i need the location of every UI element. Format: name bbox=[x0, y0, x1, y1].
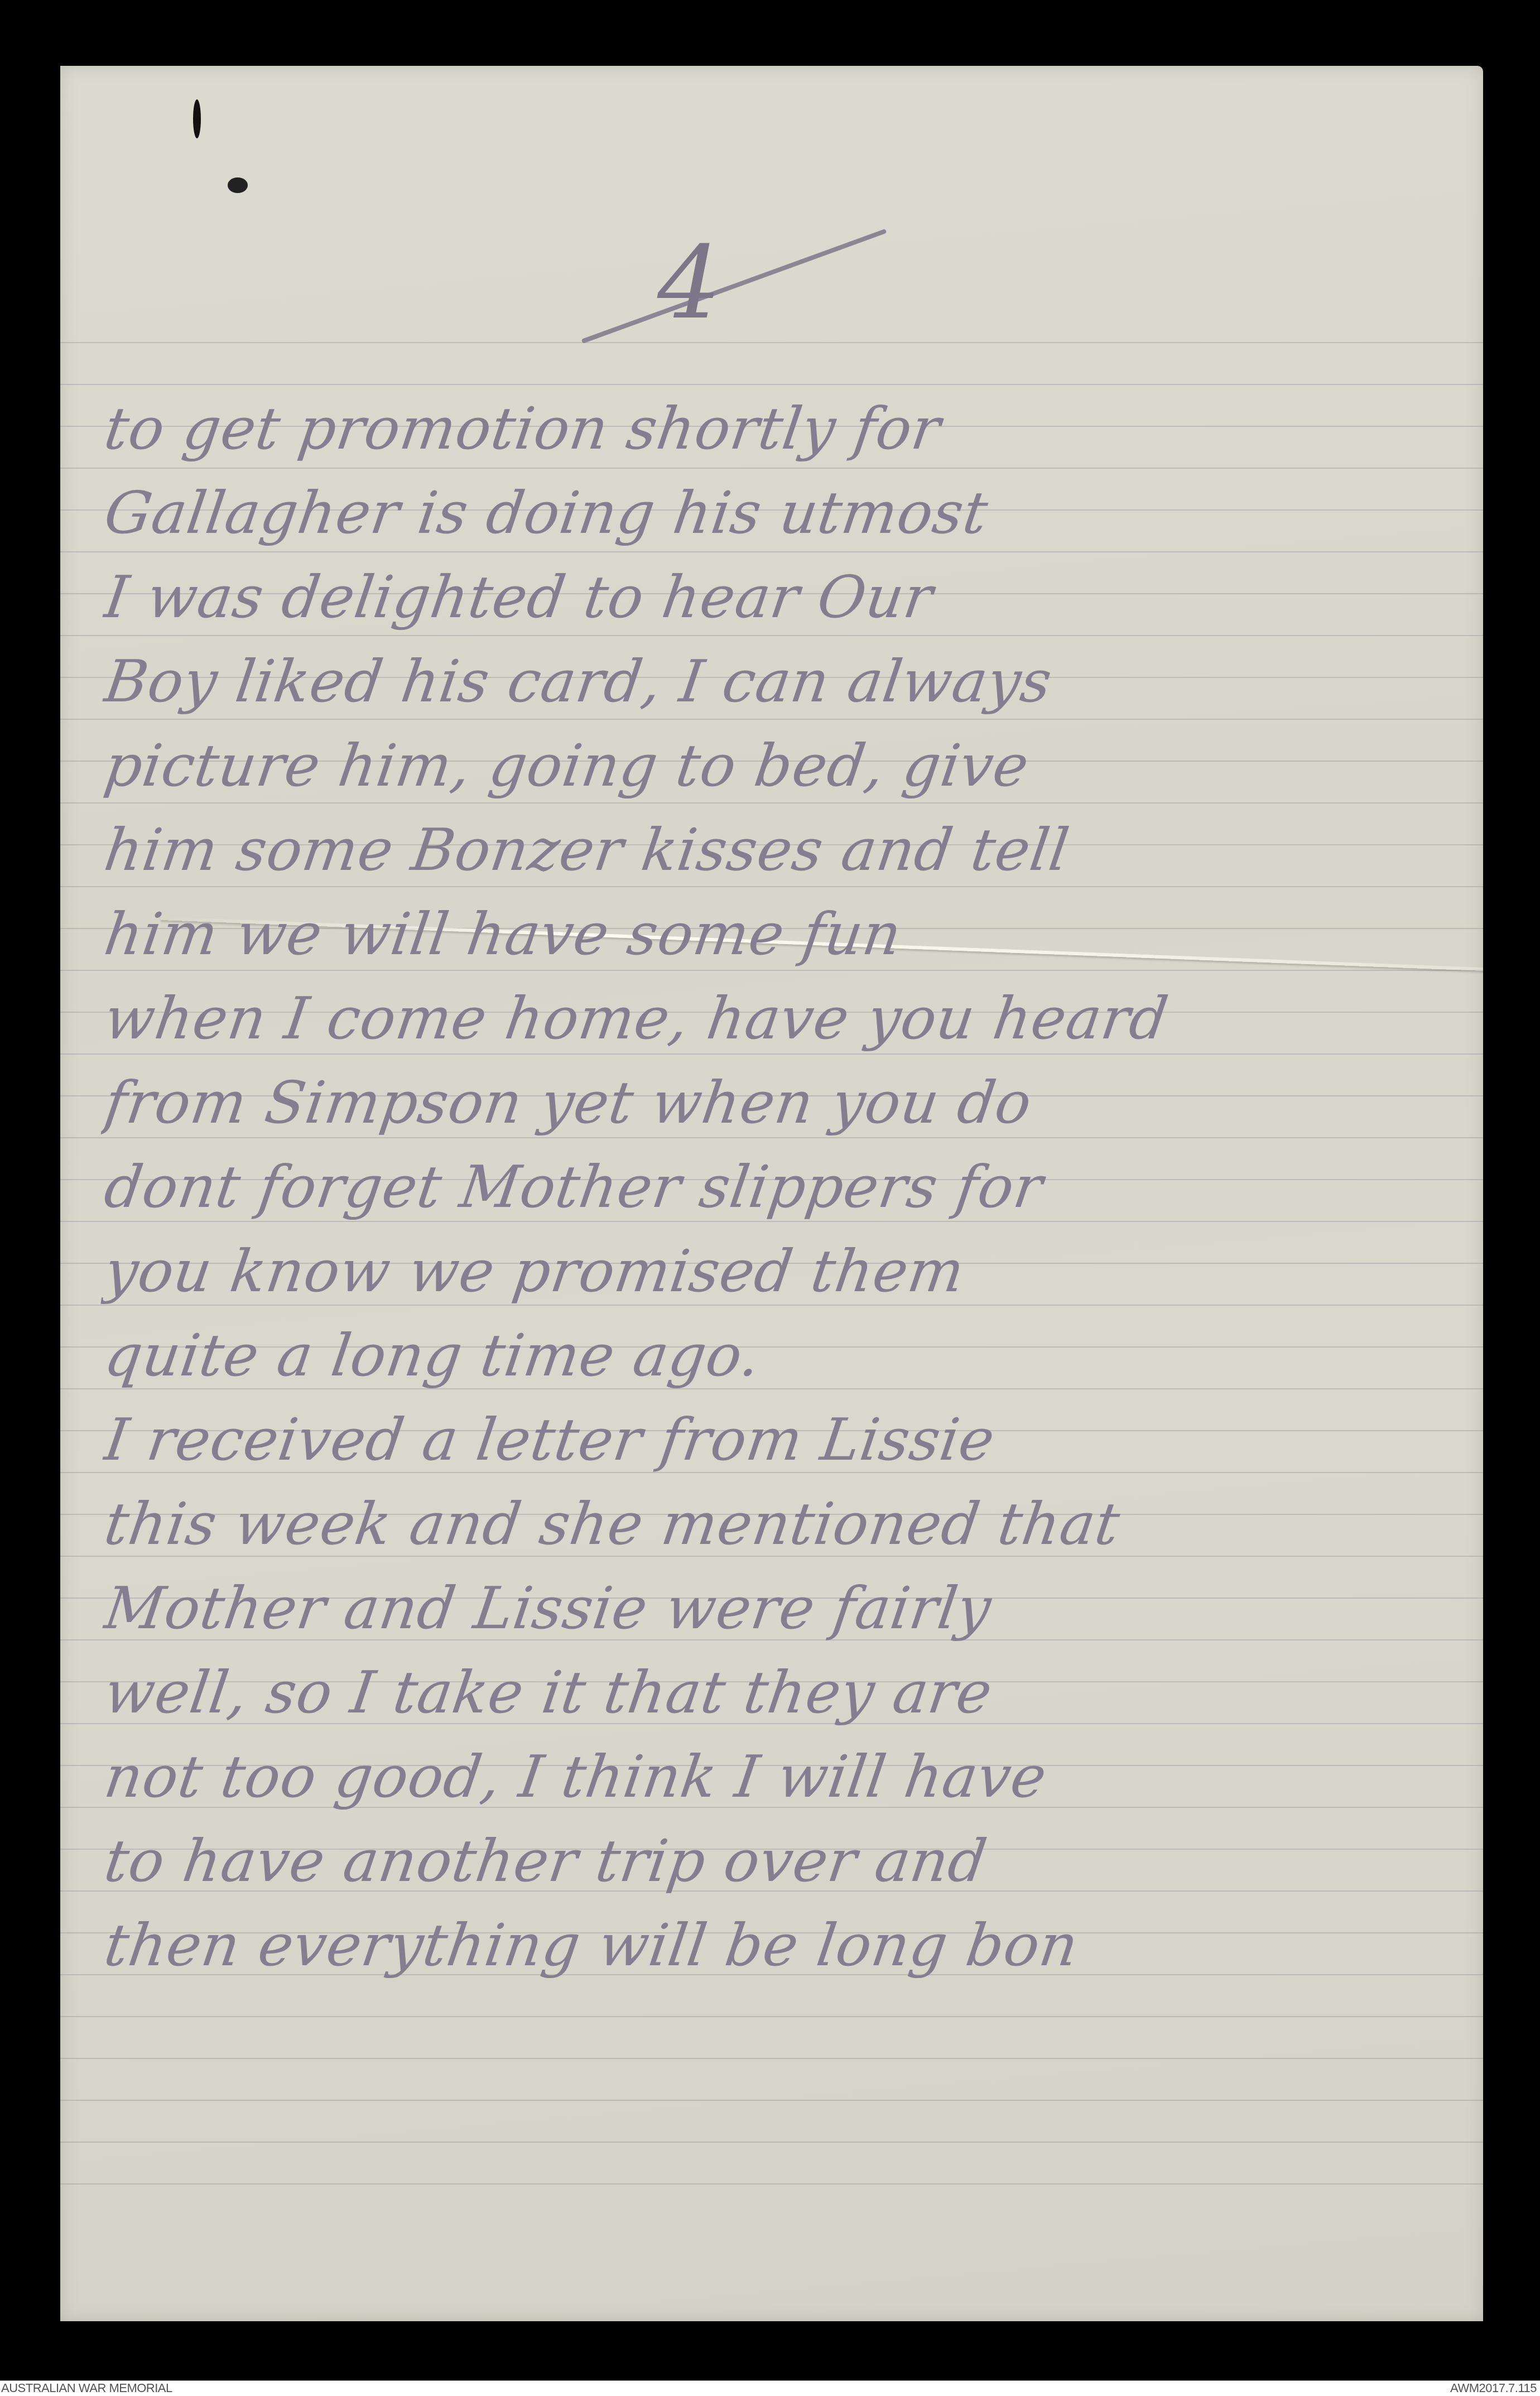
text-line: this week and she mentioned that bbox=[99, 1482, 1483, 1566]
ruled-line bbox=[60, 2058, 1483, 2059]
text-line: I was delighted to hear Our bbox=[99, 555, 1483, 639]
text-line: from Simpson yet when you do bbox=[99, 1061, 1483, 1145]
institution-label: AUSTRALIAN WAR MEMORIAL bbox=[1, 2381, 172, 2395]
ruled-line bbox=[60, 342, 1483, 343]
paper-hole bbox=[193, 99, 201, 138]
text-line: to have another trip over and bbox=[99, 1819, 1483, 1903]
text-line: to get promotion shortly for bbox=[99, 387, 1483, 471]
archive-footer: AUSTRALIAN WAR MEMORIAL AWM2017.7.115 bbox=[0, 2380, 1540, 2396]
ruled-line bbox=[60, 2142, 1483, 2143]
text-line: him some Bonzer kisses and tell bbox=[99, 808, 1483, 892]
text-line: I received a letter from Lissie bbox=[99, 1398, 1483, 1482]
page-number-underline bbox=[581, 229, 887, 344]
text-line: dont forget Mother slippers for bbox=[99, 1145, 1483, 1229]
page-number: 4 bbox=[657, 233, 721, 334]
ruled-line bbox=[60, 384, 1483, 385]
text-line: when I come home, have you heard bbox=[99, 976, 1483, 1061]
letter-page: 4 to get promotion shortly for Gallagher… bbox=[60, 66, 1483, 2321]
text-line: quite a long time ago. bbox=[99, 1314, 1483, 1398]
text-line: not too good, I think I will have bbox=[99, 1735, 1483, 1819]
scan-background: 4 to get promotion shortly for Gallagher… bbox=[0, 0, 1540, 2380]
text-line: picture him, going to bed, give bbox=[99, 724, 1483, 808]
text-line: Boy liked his card, I can always bbox=[99, 639, 1483, 724]
paper-tear bbox=[228, 177, 248, 193]
handwritten-text: to get promotion shortly for Gallagher i… bbox=[99, 387, 1472, 1988]
accession-number: AWM2017.7.115 bbox=[1450, 2381, 1537, 2395]
text-line: you know we promised them bbox=[99, 1229, 1483, 1314]
text-line: then everything will be long bon bbox=[99, 1903, 1483, 1988]
ruled-line bbox=[60, 2016, 1483, 2017]
text-line: him we will have some fun bbox=[99, 892, 1483, 976]
text-line: Gallagher is doing his utmost bbox=[99, 471, 1483, 555]
ruled-line bbox=[60, 2183, 1483, 2185]
ruled-line bbox=[60, 2100, 1483, 2101]
text-line: well, so I take it that they are bbox=[99, 1651, 1483, 1735]
text-line: Mother and Lissie were fairly bbox=[99, 1566, 1483, 1651]
